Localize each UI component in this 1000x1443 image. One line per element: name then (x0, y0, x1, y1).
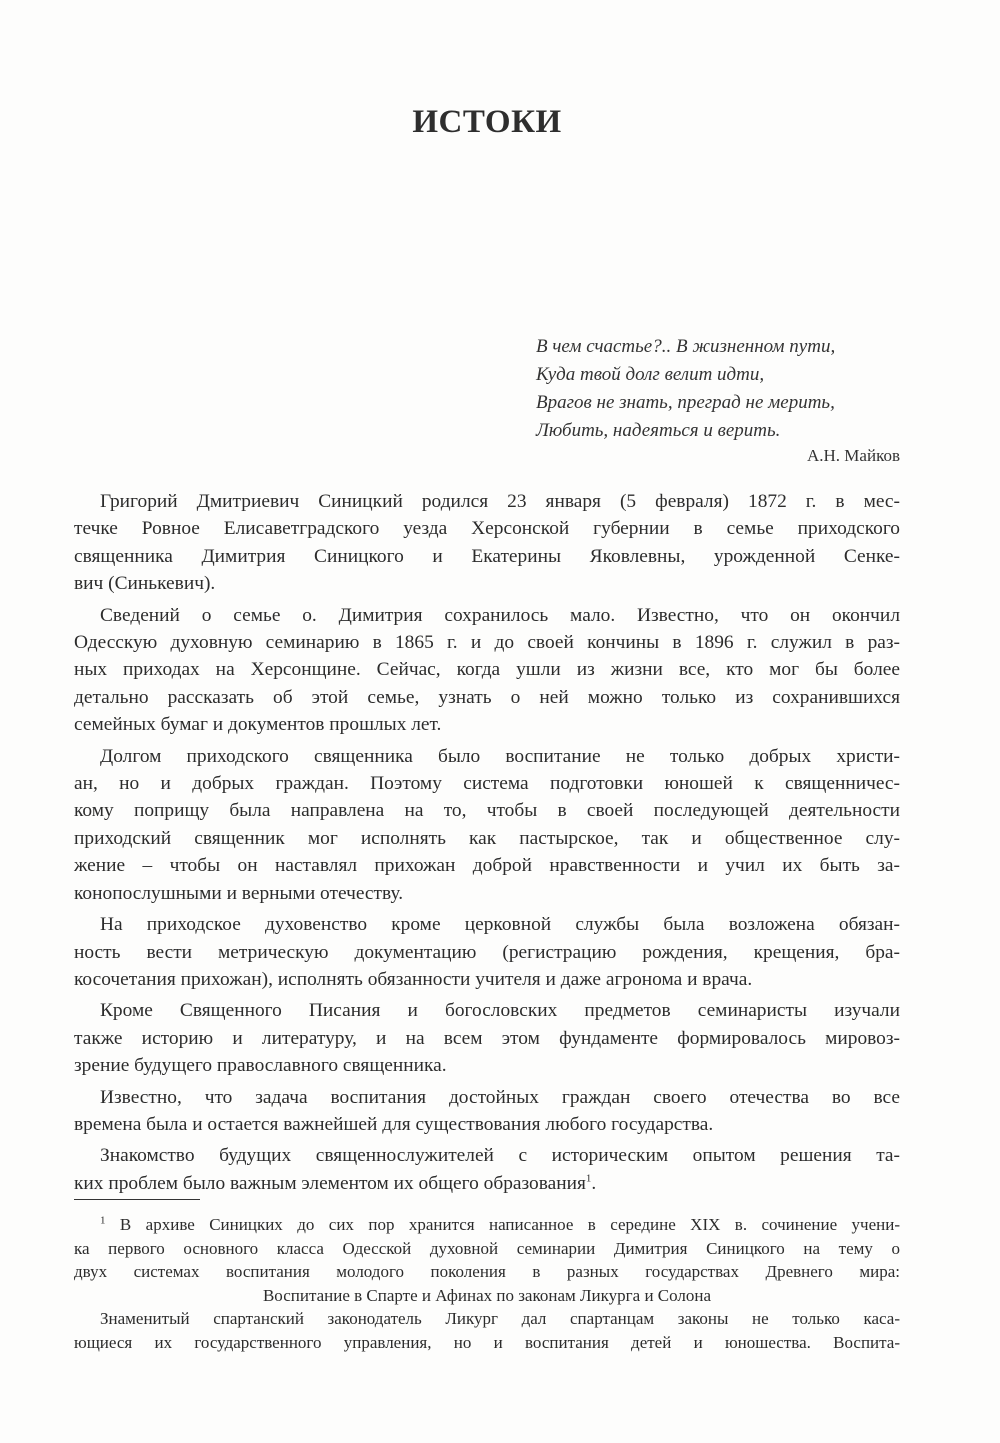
text-line: семейных бумаг и документов прошлых лет. (74, 711, 900, 738)
epigraph-line: Врагов не знать, преград не мерить, (536, 389, 900, 417)
text-line: приходский священник мог исполнять как п… (74, 825, 900, 852)
footnote-line: 1 В архиве Синицких до сих пор хранится … (74, 1213, 900, 1237)
footnote: 1 В архиве Синицких до сих пор хранится … (74, 1213, 900, 1355)
text-fragment: ких проблем было важным элементом их общ… (74, 1173, 586, 1194)
text-line: течке Ровное Елисаветградского уезда Хер… (74, 515, 900, 542)
paragraph-3: Долгом приходского священника было воспи… (74, 743, 900, 907)
text-line: жение – чтобы он наставлял прихожан добр… (74, 852, 900, 879)
text-line: времена была и остается важнейшей для су… (74, 1111, 900, 1138)
epigraph-author: А.Н. Майков (536, 443, 900, 469)
chapter-title: ИСТОКИ (74, 104, 900, 141)
text-line: ность вести метрическую документацию (ре… (74, 939, 900, 966)
footnote-separator (74, 1199, 200, 1201)
footnote-text: В архиве Синицких до сих пор хранится на… (120, 1215, 900, 1234)
footnote-marker: 1 (100, 1214, 106, 1226)
text-line: священника Димитрия Синицкого и Екатерин… (74, 543, 900, 570)
text-line: конопослушными и верными отечеству. (74, 880, 900, 907)
epigraph: В чем счастье?.. В жизненном пути, Куда … (536, 333, 900, 469)
text-line: На приходское духовенство кроме церковно… (74, 911, 900, 938)
text-line: детально рассказать об этой семье, узнат… (74, 684, 900, 711)
paragraph-6: Известно, что задача воспитания достойны… (74, 1084, 900, 1139)
text-line: косочетания прихожан), исполнять обязанн… (74, 966, 900, 993)
text-line: также историю и литературу, и на всем эт… (74, 1025, 900, 1052)
paragraph-4: На приходское духовенство кроме церковно… (74, 911, 900, 993)
sentence-end: . (591, 1173, 596, 1194)
epigraph-line: Любить, надеяться и верить. (536, 417, 900, 445)
footnote-line: двух системах воспитания молодого поколе… (74, 1260, 900, 1284)
text-line: вич (Синькевич). (74, 570, 900, 597)
text-line: Григорий Дмитриевич Синицкий родился 23 … (74, 488, 900, 515)
text-line: Сведений о семье о. Димитрия сохранилось… (74, 602, 900, 629)
text-line: Долгом приходского священника было воспи… (74, 743, 900, 770)
paragraph-2: Сведений о семье о. Димитрия сохранилось… (74, 602, 900, 739)
text-line: Одесскую духовную семинарию в 1865 г. и … (74, 629, 900, 656)
text-line: ких проблем было важным элементом их общ… (74, 1170, 900, 1197)
text-line: Известно, что задача воспитания достойны… (74, 1084, 900, 1111)
epigraph-line: Куда твой долг велит идти, (536, 361, 900, 389)
paragraph-7: Знакомство будущих священнослужителей с … (74, 1142, 900, 1197)
footnote-line: ка первого основного класса Одесской дух… (74, 1237, 900, 1261)
text-line: ных приходах на Херсонщине. Сейчас, когд… (74, 656, 900, 683)
paragraph-5: Кроме Священного Писания и богословских … (74, 997, 900, 1079)
epigraph-line: В чем счастье?.. В жизненном пути, (536, 333, 900, 361)
footnote-heading: Воспитание в Спарте и Афинах по законам … (74, 1284, 900, 1308)
text-line: зрение будущего православного священника… (74, 1052, 900, 1079)
text-line: кому поприщу была направлена на то, чтоб… (74, 797, 900, 824)
main-text: Григорий Дмитриевич Синицкий родился 23 … (74, 488, 900, 1197)
text-line: Знакомство будущих священнослужителей с … (74, 1142, 900, 1169)
text-line: ан, но и добрых граждан. Поэтому система… (74, 770, 900, 797)
text-line: Кроме Священного Писания и богословских … (74, 997, 900, 1024)
footnote-line: Знаменитый спартанский законодатель Лику… (74, 1307, 900, 1331)
footnote-line: ющиеся их государственного управления, н… (74, 1331, 900, 1355)
paragraph-1: Григорий Дмитриевич Синицкий родился 23 … (74, 488, 900, 598)
